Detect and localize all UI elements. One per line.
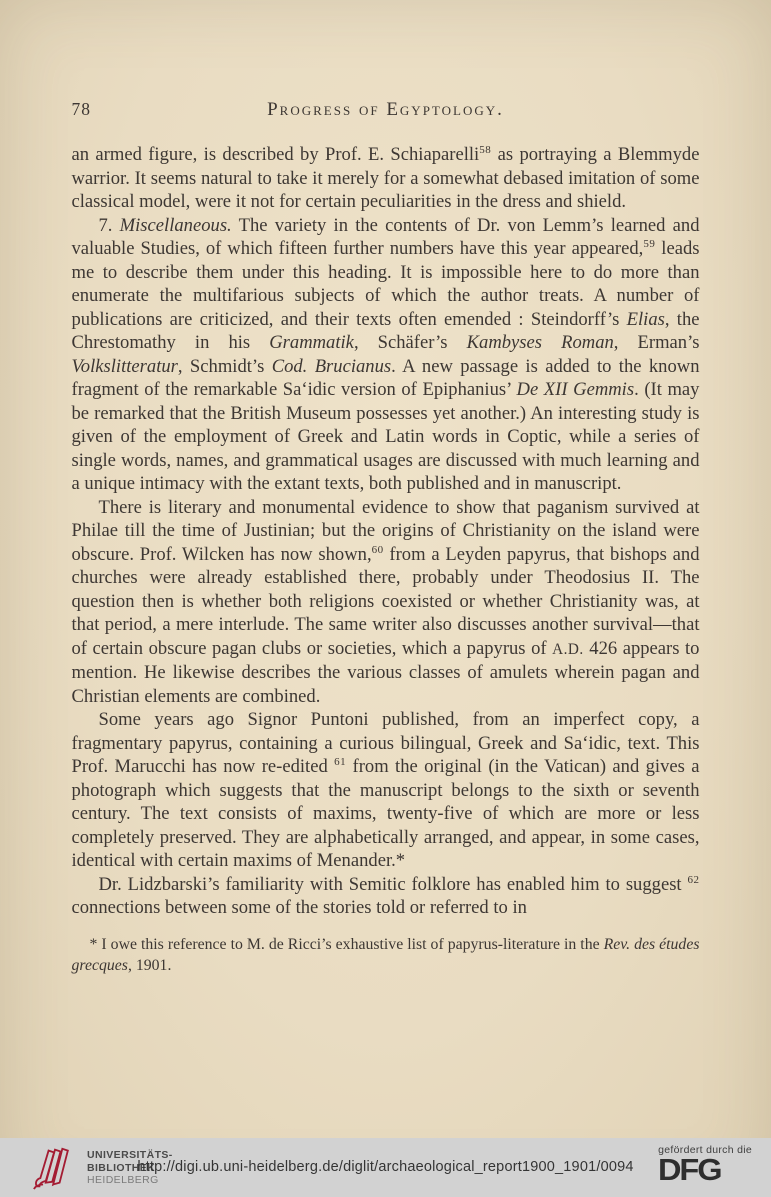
text-segment: Elias — [627, 309, 665, 330]
text-segment: , Schmidt’s — [178, 356, 272, 377]
text-segment: 59 — [643, 238, 655, 250]
text-segment: , 1901. — [128, 957, 171, 974]
footnote: * I owe this reference to M. de Ricci’s … — [72, 934, 700, 976]
body-text: an armed figure, is described by Prof. E… — [72, 143, 700, 920]
scanned-book-page: 78 Progress of Egyptology. an armed figu… — [0, 0, 771, 1197]
page-number: 78 — [72, 99, 92, 120]
text-segment: , Erman’s — [614, 332, 700, 353]
viewer-footer: UNIVERSITÄTS- BIBLIOTHEK HEIDELBERG http… — [0, 1138, 771, 1197]
text-segment: connections between some of the stories … — [72, 897, 527, 918]
running-title: Progress of Egyptology. — [72, 99, 700, 121]
text-segment: 7. — [99, 215, 120, 236]
dfg-logo: DFG — [658, 1156, 757, 1184]
university-library-logo-icon — [32, 1146, 78, 1190]
text-segment: Volkslitteratur — [72, 356, 178, 377]
text-segment: A.D. — [552, 641, 584, 658]
text-segment: Cod. Brucianus — [272, 356, 391, 377]
text-segment: * I owe this reference to M. de Ricci’s … — [90, 936, 604, 953]
text-segment: 58 — [479, 144, 491, 156]
funding-branding: gefördert durch die DFG — [658, 1144, 752, 1184]
text-segment: Miscellaneous. — [120, 215, 232, 236]
text-segment: 60 — [372, 543, 384, 555]
library-name-line3: HEIDELBERG — [87, 1174, 173, 1187]
text-segment: Dr. Lidzbarski’s familiarity with Semiti… — [99, 874, 688, 895]
paragraph: Some years ago Signor Puntoni published,… — [72, 708, 700, 873]
page-header: 78 Progress of Egyptology. — [72, 0, 700, 125]
text-segment: , Schäfer’s — [354, 332, 467, 353]
text-segment: an armed figure, is described by Prof. E… — [72, 144, 480, 165]
paragraph: 7. Miscellaneous. The variety in the con… — [72, 214, 700, 496]
paragraph: Dr. Lidzbarski’s familiarity with Semiti… — [72, 873, 700, 920]
paragraph: There is literary and monumental evidenc… — [72, 496, 700, 709]
document-url: http://digi.ub.uni-heidelberg.de/diglit/… — [137, 1159, 633, 1175]
text-segment: Grammatik — [269, 332, 354, 353]
text-segment: 61 — [334, 756, 346, 768]
text-segment: Kambyses Roman — [467, 332, 614, 353]
paragraph: an armed figure, is described by Prof. E… — [72, 143, 700, 214]
text-segment: 62 — [688, 873, 700, 885]
text-segment: De XII Gemmis — [517, 379, 635, 400]
